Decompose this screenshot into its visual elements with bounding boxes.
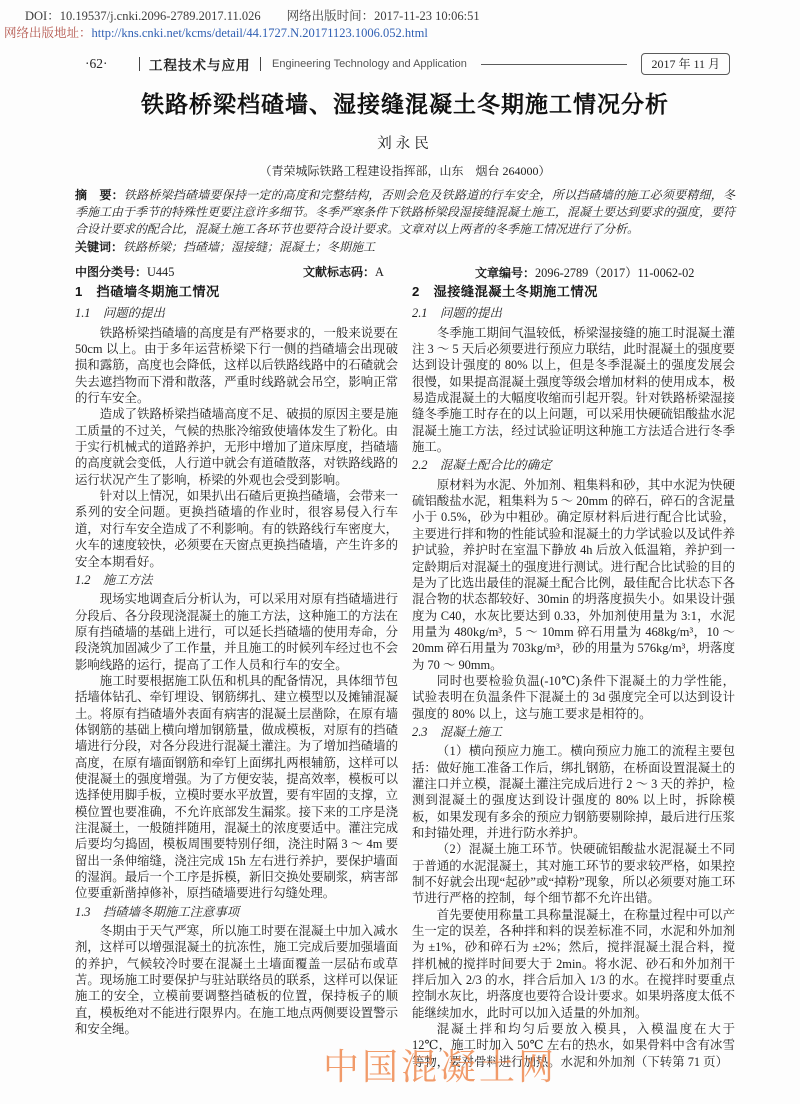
abstract-text: 铁路桥梁挡碴墙要保持一定的高度和完整结构，否则会危及铁路道的行车安全，所以挡碴墙… [75, 188, 735, 236]
keywords-text: 铁路桥梁；挡碴墙；湿接缝；混凝土；冬期施工 [123, 240, 375, 254]
left-column: 1 挡碴墙冬期施工情况 1.1 问题的提出 铁路桥梁挡碴墙的高度是有严格要求的，… [75, 281, 398, 1081]
journal-header: ·62· 工程技术与应用 Engineering Technology and … [85, 53, 730, 75]
abstract-label: 摘 要： [75, 188, 124, 202]
article-id-label: 文章编号： [475, 266, 535, 280]
page-number: ·62· [85, 56, 108, 72]
body-paragraph: 原材料为水泥、外加剂、粗集料和砂，其中水泥为快硬硫铝酸盐水泥，粗集料为 5 ～ … [412, 477, 735, 673]
doi-line: DOI：10.19537/j.cnki.2096-2789.2017.11.02… [25, 6, 480, 24]
body-paragraph: 冬期由于天气严寒，所以施工时要在混凝土中加入减水剂，这样可以增强混凝土的抗冻性，… [75, 923, 398, 1037]
body-paragraph: 首先要使用称量工具称量混凝土，在称量过程中可以产生一定的误差，各种拌和料的误差标… [412, 907, 735, 1021]
article-id-value: 2096-2789（2017）11-0062-02 [535, 266, 694, 280]
body-paragraph: 同时也要检验负温(-10℃)条件下混凝土的力学性能，试验表明在负温条件下混凝土的… [412, 673, 735, 722]
header-rule [481, 64, 628, 65]
url-label: 网络出版地址： [4, 26, 92, 40]
author-affiliation: （青荣城际铁路工程建设指挥部，山东 烟台 264000） [75, 162, 735, 179]
doc-code-item: 文献标志码：A [303, 263, 475, 281]
body-paragraph: （2）混凝土施工环节。快硬硫铝酸盐水泥混凝土不同于普通的水泥混凝土，其对施工环节… [412, 841, 735, 906]
subsection-heading: 1.1 问题的提出 [75, 305, 398, 321]
clc-label: 中图分类号： [75, 265, 147, 279]
keywords-label: 关键词： [75, 240, 123, 254]
divider-bar [139, 57, 141, 71]
journal-section-cn: 工程技术与应用 [149, 54, 251, 74]
subsection-heading: 2.1 问题的提出 [412, 305, 735, 321]
body-paragraph: 现场实地调查后分析认为，可以采用对原有挡碴墙进行分段后、各分段现浇混凝土的施工方… [75, 591, 398, 673]
article-body: 1 挡碴墙冬期施工情况 1.1 问题的提出 铁路桥梁挡碴墙的高度是有严格要求的，… [75, 281, 735, 1081]
cnki-url-link[interactable]: http://kns.cnki.net/kcms/detail/44.1727.… [92, 26, 428, 40]
subsection-heading: 2.3 混凝土施工 [412, 724, 735, 740]
section-heading: 1 挡碴墙冬期施工情况 [75, 284, 398, 300]
body-paragraph: 针对以上情况，如果扒出石碴后更换挡碴墙，会带来一系列的安全问题。更换挡碴墙的作业… [75, 488, 398, 570]
issue-date-badge: 2017 年 11 月 [641, 53, 730, 75]
body-paragraph: 施工时要根据施工队伍和机具的配备情况，具体细节包括墙体钻孔、牵钉埋设、钢筋绑扎、… [75, 673, 398, 902]
clc-item: 中图分类号：U445 [75, 263, 303, 281]
subsection-heading: 1.2 施工方法 [75, 572, 398, 588]
doc-code-label: 文献标志码： [303, 265, 375, 279]
body-paragraph: 铁路桥梁挡碴墙的高度是有严格要求的，一般来说要在 50cm 以上。由于多年运营桥… [75, 325, 398, 407]
doc-code-value: A [375, 265, 384, 279]
abstract: 摘 要：铁路桥梁挡碴墙要保持一定的高度和完整结构，否则会危及铁路道的行车安全，所… [75, 187, 735, 238]
paper-title: 铁路桥梁档碴墙、湿接缝混凝土冬期施工情况分析 [75, 86, 735, 119]
classification-row: 中图分类号：U445 文献标志码：A 文章编号：2096-2789（2017）1… [75, 263, 735, 281]
section-heading: 2 湿接缝混凝土冬期施工情况 [412, 284, 735, 300]
body-paragraph: 冬季施工期间气温较低，桥梁湿接缝的施工时混凝土灌注 3 ～ 5 天后必须要进行预… [412, 325, 735, 456]
body-paragraph: （1）横向预应力施工。横向预应力施工的流程主要包括：做好施工准备工作后，绑扎钢筋… [412, 743, 735, 841]
front-matter: 铁路桥梁档碴墙、湿接缝混凝土冬期施工情况分析 刘永民 （青荣城际铁路工程建设指挥… [75, 86, 735, 281]
journal-section-en: Engineering Technology and Application [272, 58, 467, 70]
author-name: 刘永民 [75, 132, 735, 153]
article-id-item: 文章编号：2096-2789（2017）11-0062-02 [475, 263, 694, 281]
divider-bar [260, 57, 262, 71]
publish-time: 网络出版时间：2017-11-23 10:06:51 [287, 9, 480, 23]
body-paragraph: 造成了铁路桥梁挡碴墙高度不足、破损的原因主要是施工质量的不过关，气候的热胀冷缩致… [75, 406, 398, 488]
doi-value: DOI：10.19537/j.cnki.2096-2789.2017.11.02… [25, 9, 261, 23]
online-url-line: 网络出版地址：http://kns.cnki.net/kcms/detail/4… [4, 23, 428, 41]
subsection-heading: 1.3 挡碴墙冬期施工注意事项 [75, 904, 398, 920]
subsection-heading: 2.2 混凝土配合比的确定 [412, 457, 735, 473]
site-watermark: 中国混凝土网 [323, 1039, 557, 1090]
right-column: 2 湿接缝混凝土冬期施工情况 2.1 问题的提出 冬季施工期间气温较低，桥梁湿接… [412, 281, 735, 1081]
keywords: 关键词：铁路桥梁；挡碴墙；湿接缝；混凝土；冬期施工 [75, 239, 735, 256]
clc-value: U445 [147, 265, 174, 279]
